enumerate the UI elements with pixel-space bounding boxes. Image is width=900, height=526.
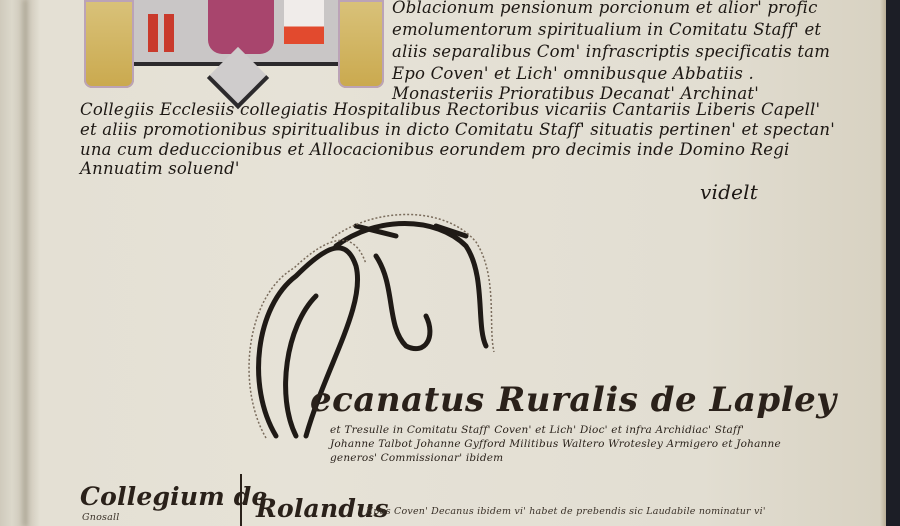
entry-subheading: Gnosall: [82, 512, 119, 523]
entry-text: Epus Coven' Decanus ibidem vi' habet de …: [366, 506, 766, 517]
preamble-line: aliis separalibus Com' infrascriptis spe…: [392, 42, 830, 61]
dark-background: [886, 0, 900, 526]
gold-border-left: [84, 0, 134, 88]
red-hose-left: [148, 14, 158, 52]
preamble-line: Oblacionum pensionum porcionum et alior'…: [392, 0, 818, 17]
preamble-line: Annuatim soluend': [80, 159, 240, 178]
commission-line: et Tresulle in Comitatu Staff' Coven' et…: [330, 424, 744, 436]
preamble-line: Epo Coven' et Lich' omnibusque Abbatiis …: [392, 64, 754, 83]
commission-line: Johanne Talbot Johanne Gyfford Militibus…: [330, 438, 781, 450]
videlicet: videlt: [700, 180, 758, 204]
figure-legs: [138, 0, 178, 52]
gutter-shadow: [22, 0, 28, 526]
entry-divider: [240, 474, 242, 526]
commission-line: generos' Commissionar' ibidem: [330, 452, 503, 464]
illuminated-miniature: [76, 0, 392, 88]
red-hose-right: [164, 14, 174, 52]
preamble-line: una cum deduccionibus et Allocacionibus …: [80, 140, 789, 159]
heading-title: ecanatus Ruralis de Lapley: [310, 380, 837, 420]
gold-border-right: [338, 0, 384, 88]
preamble-line: emolumentorum spiritualium in Comitatu S…: [392, 20, 821, 39]
preamble-line: et aliis promotionibus spiritualibus in …: [80, 120, 835, 139]
surplice-figure: [284, 0, 324, 44]
crimson-robe-figure: [208, 0, 274, 54]
preamble-line: Collegiis Ecclesiis collegiatis Hospital…: [80, 100, 820, 119]
manuscript-page: Oblacionum pensionum porcionum et alior'…: [0, 0, 886, 526]
